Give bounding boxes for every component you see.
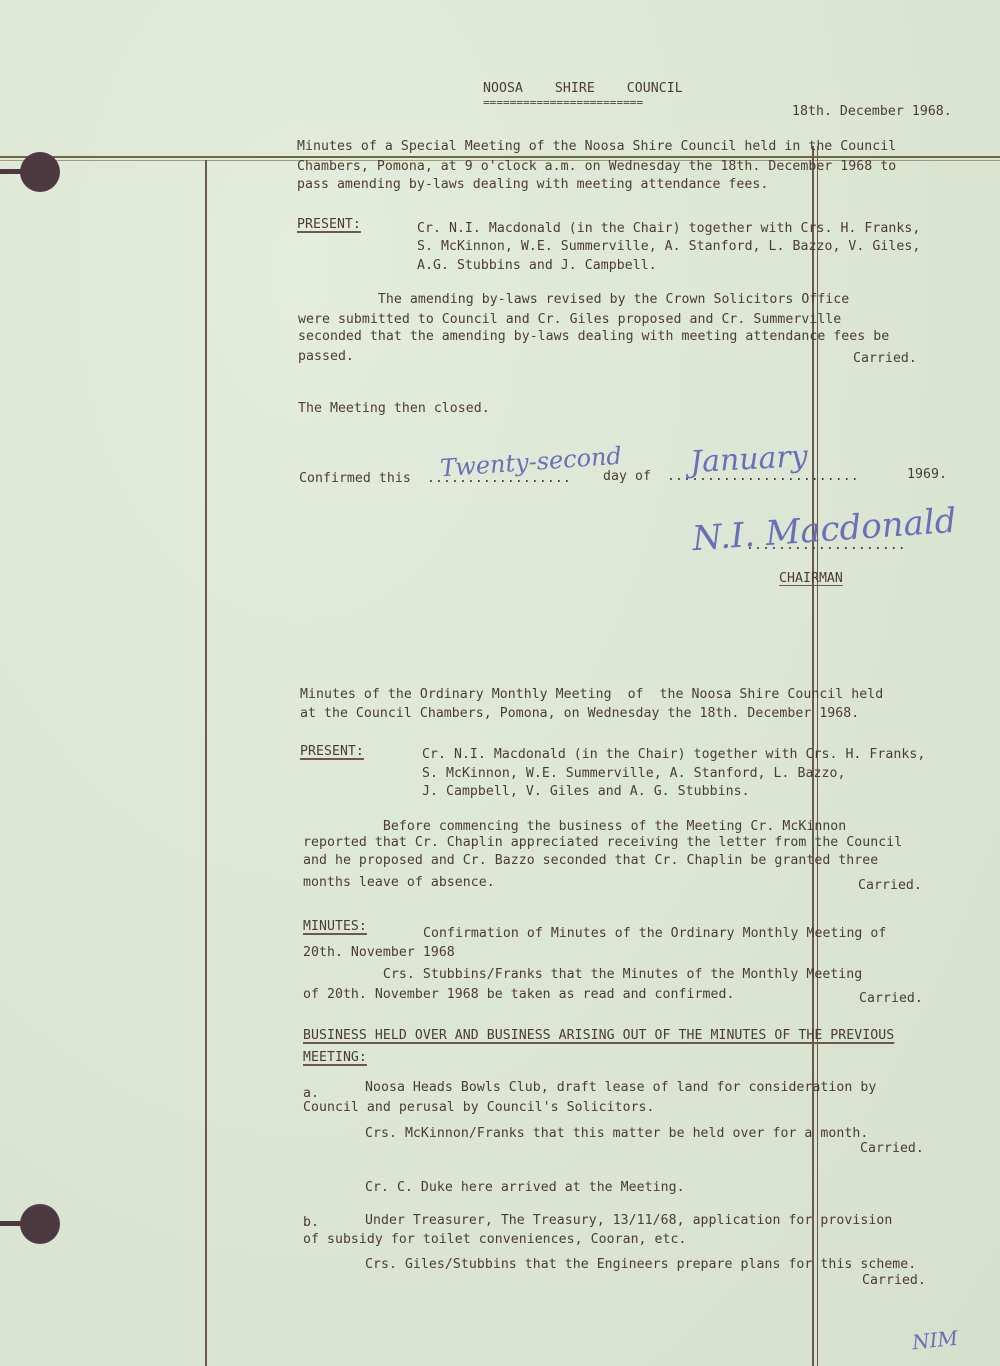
- document-date: 18th. December 1968.: [792, 103, 952, 120]
- confirmation-year: 1969.: [907, 466, 947, 483]
- motion-line: The amending by-laws revised by the Crow…: [298, 291, 849, 308]
- minutes-label: MINUTES:: [303, 918, 367, 935]
- item-line: Council and perusal by Council's Solicit…: [303, 1099, 655, 1116]
- present-line: Cr. N.I. Macdonald (in the Chair) togeth…: [422, 746, 925, 763]
- leave-line: reported that Cr. Chaplin appreciated re…: [303, 834, 902, 851]
- business-heading-line: MEETING:: [303, 1049, 367, 1066]
- present-line: J. Campbell, V. Giles and A. G. Stubbins…: [422, 783, 750, 800]
- leave-line: months leave of absence.: [303, 874, 495, 891]
- meeting-closed: The Meeting then closed.: [298, 400, 490, 417]
- item-motion: Crs. McKinnon/Franks that this matter be…: [365, 1125, 868, 1142]
- intro-line: at the Council Chambers, Pomona, on Wedn…: [300, 705, 859, 722]
- leave-result: Carried.: [858, 877, 922, 894]
- margin-rule-left: [205, 160, 207, 1366]
- binder-hole-bottom: [20, 1204, 60, 1244]
- intro-line: pass amending by-laws dealing with meeti…: [297, 176, 768, 193]
- item-result: Carried.: [862, 1272, 926, 1289]
- intro-line: Minutes of the Ordinary Monthly Meeting …: [300, 686, 883, 703]
- business-heading-line: BUSINESS HELD OVER AND BUSINESS ARISING …: [303, 1027, 894, 1044]
- item-line: of subsidy for toilet conveniences, Coor…: [303, 1231, 687, 1248]
- present-line: A.G. Stubbins and J. Campbell.: [417, 257, 657, 274]
- duke-arrival-note: Cr. C. Duke here arrived at the Meeting.: [365, 1179, 685, 1196]
- minutes-motion-line: of 20th. November 1968 be taken as read …: [303, 986, 734, 1003]
- initials-handwritten: NIM: [911, 1326, 959, 1355]
- minutes-result: Carried.: [859, 990, 923, 1007]
- motion-line: passed.: [298, 348, 354, 365]
- present-line: S. McKinnon, W.E. Summerville, A. Stanfo…: [422, 765, 845, 782]
- motion-result: Carried.: [853, 350, 917, 367]
- minutes-motion-line: Crs. Stubbins/Franks that the Minutes of…: [303, 966, 862, 983]
- leave-line: and he proposed and Cr. Bazzo seconded t…: [303, 852, 878, 869]
- motion-line: seconded that the amending by-laws deali…: [298, 328, 889, 345]
- item-marker: b.: [303, 1214, 319, 1231]
- minutes-line: 20th. November 1968: [303, 944, 455, 961]
- signature-dots: ....................: [746, 537, 906, 554]
- item-line: Under Treasurer, The Treasury, 13/11/68,…: [365, 1212, 892, 1229]
- chairman-label: CHAIRMAN: [779, 570, 843, 587]
- binder-hole-top: [20, 152, 60, 192]
- item-motion: Crs. Giles/Stubbins that the Engineers p…: [365, 1256, 916, 1273]
- item-result: Carried.: [860, 1140, 924, 1157]
- item-line: Noosa Heads Bowls Club, draft lease of l…: [365, 1079, 876, 1096]
- present-line: Cr. N.I. Macdonald (in the Chair) togeth…: [417, 220, 920, 237]
- confirmation-middle: day of: [603, 468, 651, 485]
- present-line: S. McKinnon, W.E. Summerville, A. Stanfo…: [417, 238, 920, 255]
- month-handwritten: January: [689, 439, 808, 480]
- motion-line: were submitted to Council and Cr. Giles …: [298, 311, 841, 328]
- title-rule: ========================: [483, 94, 643, 111]
- confirmation-prefix: Confirmed this: [299, 470, 411, 487]
- present-label: PRESENT:: [297, 216, 361, 233]
- leave-line: Before commencing the business of the Me…: [303, 818, 846, 835]
- present-label: PRESENT:: [300, 743, 364, 760]
- intro-line: Chambers, Pomona, at 9 o'clock a.m. on W…: [297, 158, 896, 175]
- intro-line: Minutes of a Special Meeting of the Noos…: [297, 138, 896, 155]
- minutes-line: Confirmation of Minutes of the Ordinary …: [423, 925, 886, 942]
